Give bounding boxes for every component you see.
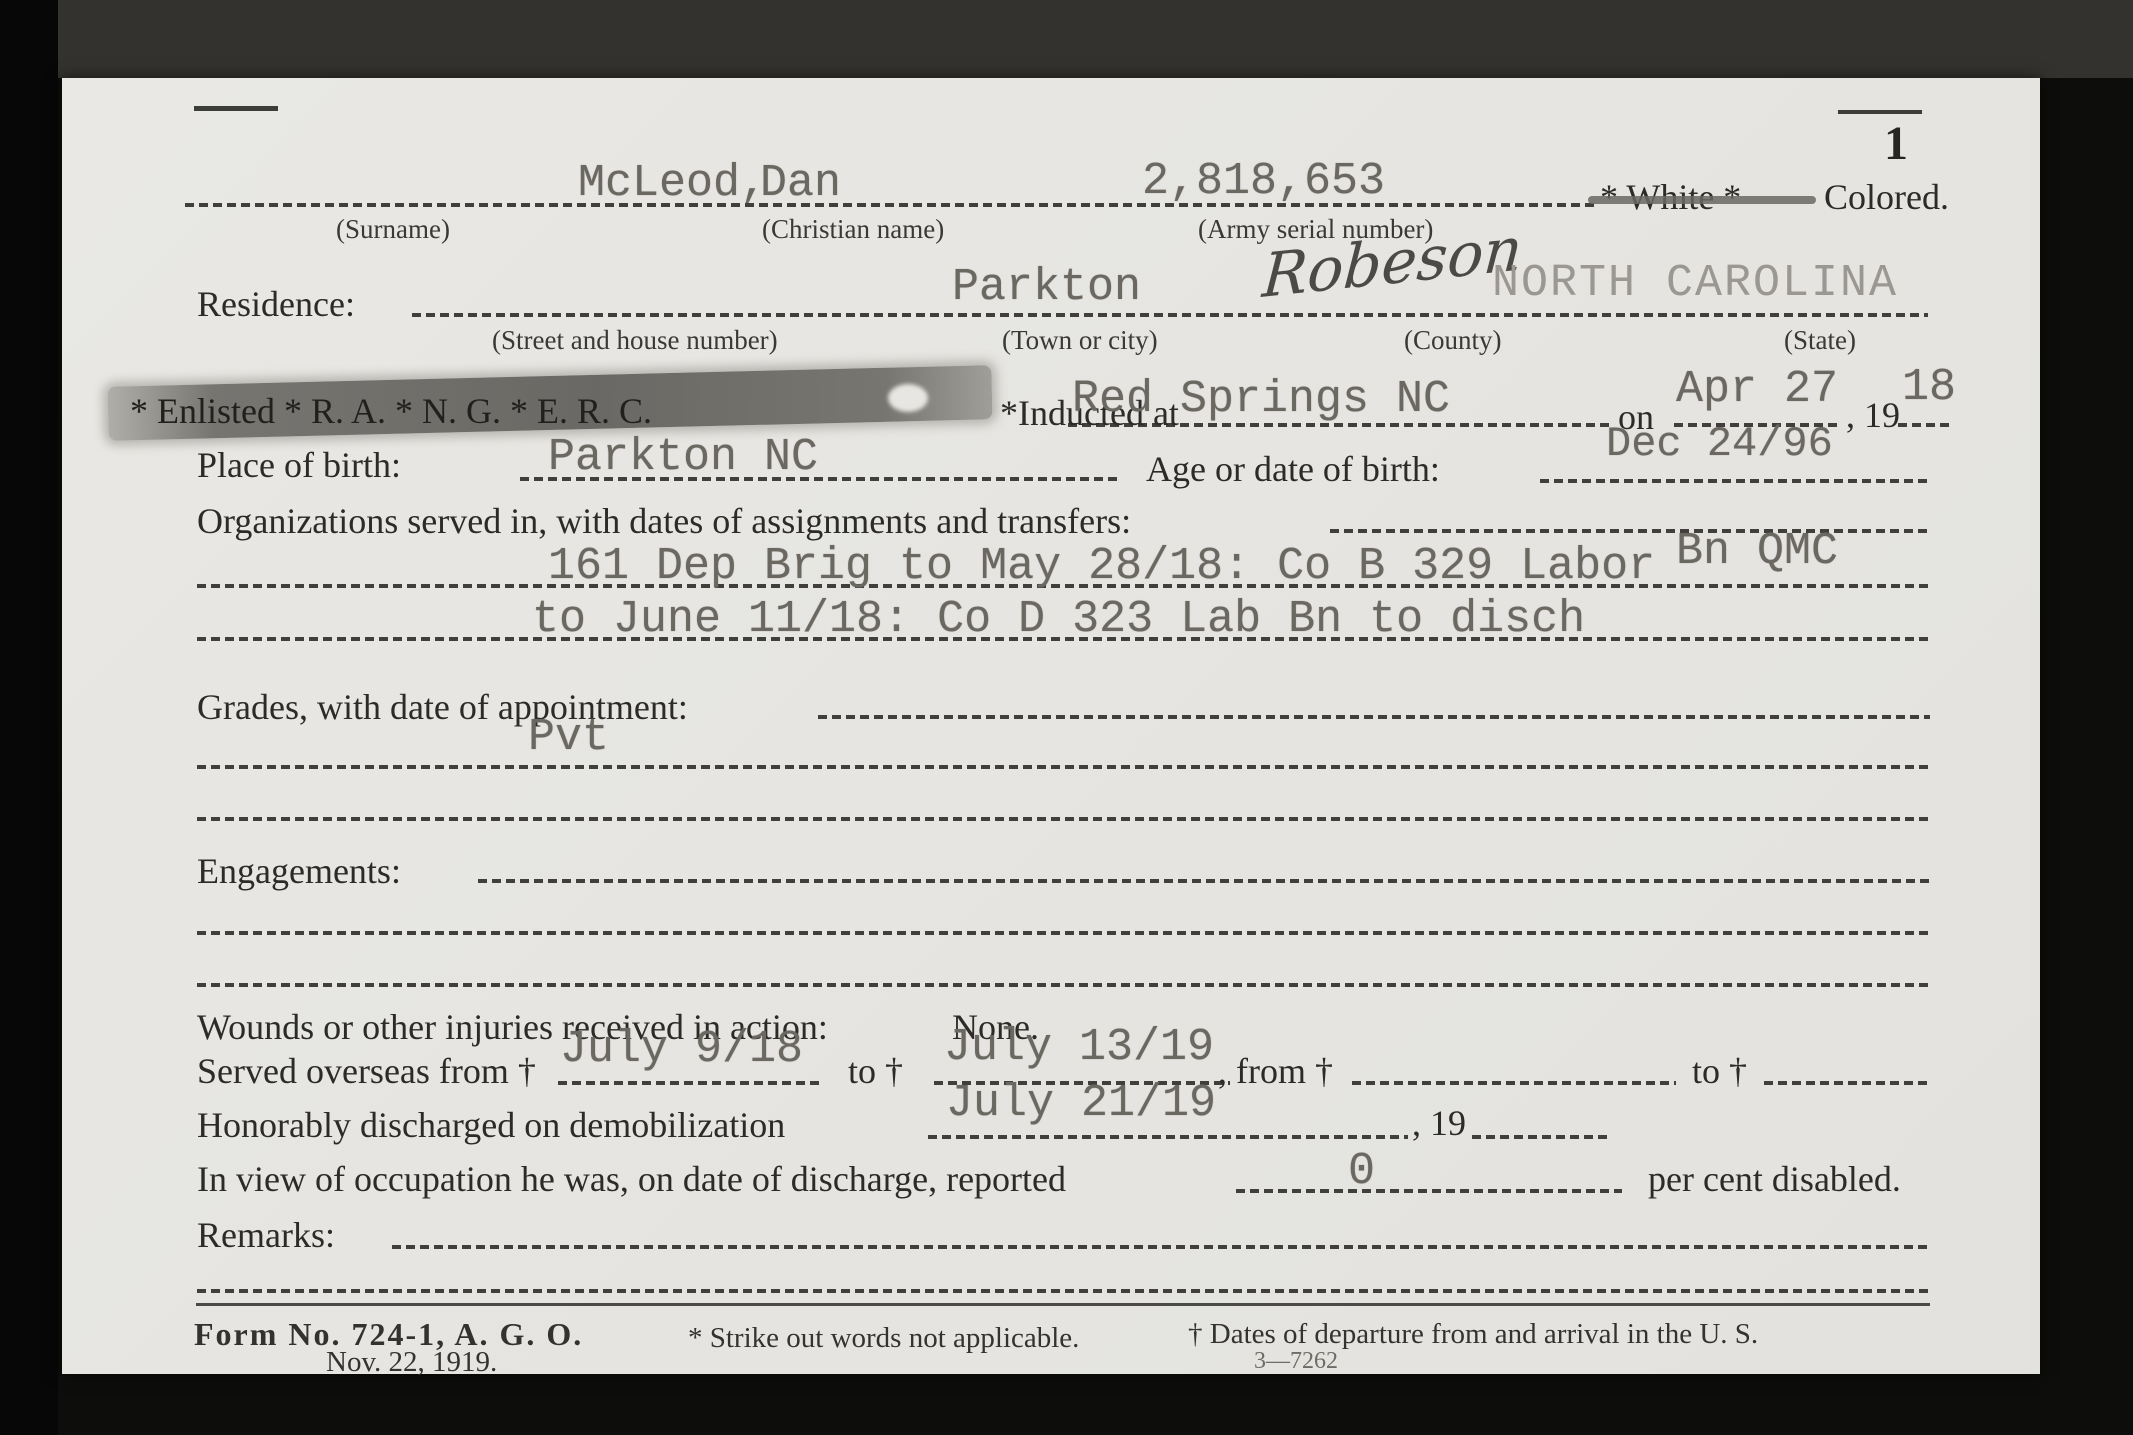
ruled-line xyxy=(558,1081,824,1085)
residence-label: Residence: xyxy=(197,283,355,325)
organizations-line1-superscript: Bn QMC xyxy=(1676,526,1838,577)
induction-date-value: Apr 27 xyxy=(1676,364,1838,415)
organizations-line2-value: to June 11/18: Co D 323 Lab Bn to disch xyxy=(532,594,1585,645)
ruled-line xyxy=(197,765,1930,769)
christian-name-value: Dan xyxy=(760,158,841,209)
county-label: (County) xyxy=(1404,325,1502,356)
ruled-line xyxy=(1472,1135,1612,1139)
ruled-line xyxy=(1236,1189,1622,1193)
ruled-line xyxy=(1898,423,1950,427)
scan-left-edge xyxy=(0,0,58,1435)
discharge-date-value: July 21/19 xyxy=(946,1078,1216,1129)
overseas-to2-label: to † xyxy=(1692,1050,1747,1092)
ruled-line xyxy=(197,931,1930,935)
street-label: (Street and house number) xyxy=(492,325,778,356)
year-19-label: , 19 xyxy=(1846,394,1900,436)
ruled-line xyxy=(185,203,1597,207)
served-overseas-from-label: Served overseas from † xyxy=(197,1050,536,1092)
overseas-from2-label: , from † xyxy=(1218,1050,1333,1092)
ruled-line xyxy=(392,1245,1930,1249)
remarks-label: Remarks: xyxy=(197,1214,335,1256)
christian-name-label: (Christian name) xyxy=(762,214,944,245)
overseas-from-date-value: July 9/18 xyxy=(560,1024,803,1075)
date-of-birth-value: Dec 24/96 xyxy=(1606,420,1833,468)
organizations-line1-value: 161 Dep Brig to May 28/18: Co B 329 Labo… xyxy=(548,541,1655,592)
print-code: 3—7262 xyxy=(1254,1348,1338,1375)
ruled-line xyxy=(928,1135,1408,1139)
enlistment-options-text: * Enlisted * R. A. * N. G. * E. R. C. xyxy=(130,390,652,432)
state-label: (State) xyxy=(1784,325,1856,356)
residence-town-value: Parkton xyxy=(952,262,1141,313)
smudge-gap xyxy=(888,384,928,412)
disability-label: In view of occupation he was, on date of… xyxy=(197,1158,1066,1200)
disability-percent-value: 0 xyxy=(1348,1146,1375,1197)
ruled-line xyxy=(1764,1081,1928,1085)
discharge-year-label: , 19 xyxy=(1412,1102,1466,1144)
form-date: Nov. 22, 1919. xyxy=(326,1346,497,1379)
race-colored-text: Colored. xyxy=(1824,176,1949,218)
per-cent-disabled-label: per cent disabled. xyxy=(1648,1158,1901,1200)
dagger-note: † Dates of departure from and arrival in… xyxy=(1188,1318,1758,1351)
ruled-line xyxy=(197,1289,1930,1293)
induction-year-value: 18 xyxy=(1902,362,1956,413)
serial-number-value: 2,818,653 xyxy=(1142,156,1385,207)
engagements-label: Engagements: xyxy=(197,850,401,892)
grade-value: Pvt xyxy=(528,712,609,763)
ruled-line xyxy=(1540,479,1932,483)
white-strikethrough xyxy=(1588,196,1816,204)
date-of-birth-label: Age or date of birth: xyxy=(1146,448,1440,490)
ruled-line xyxy=(1352,1081,1676,1085)
ruled-line xyxy=(478,879,1930,883)
ruled-line xyxy=(1330,529,1928,533)
surname-value: McLeod, xyxy=(578,158,767,209)
page-number: 1 xyxy=(1884,116,1908,171)
organizations-label: Organizations served in, with dates of a… xyxy=(197,500,1131,542)
discharged-label: Honorably discharged on demobilization xyxy=(197,1104,785,1146)
ruled-line xyxy=(197,817,1930,821)
ruled-line xyxy=(197,983,1930,987)
overseas-to-date-value: July 13/19 xyxy=(944,1022,1214,1073)
place-of-birth-value: Parkton NC xyxy=(548,432,818,483)
town-label: (Town or city) xyxy=(1002,325,1158,356)
strike-out-note: * Strike out words not applicable. xyxy=(688,1322,1079,1355)
scanned-service-card: 1 McLeod, Dan 2,818,653 * White * Colore… xyxy=(0,0,2133,1435)
induction-place-value: Red Springs NC xyxy=(1072,374,1450,425)
bottom-rule xyxy=(196,1303,1930,1306)
ruled-line xyxy=(412,313,1928,317)
page-number-rule xyxy=(1838,110,1922,114)
surname-label: (Surname) xyxy=(336,214,450,245)
overseas-to-label: to † xyxy=(848,1050,903,1092)
corner-mark xyxy=(194,106,278,111)
grades-label: Grades, with date of appointment: xyxy=(197,686,688,728)
scan-top-band xyxy=(58,0,2133,78)
residence-state-value: NORTH CAROLINA xyxy=(1492,258,1898,309)
ruled-line xyxy=(818,715,1930,719)
place-of-birth-label: Place of birth: xyxy=(197,444,401,486)
